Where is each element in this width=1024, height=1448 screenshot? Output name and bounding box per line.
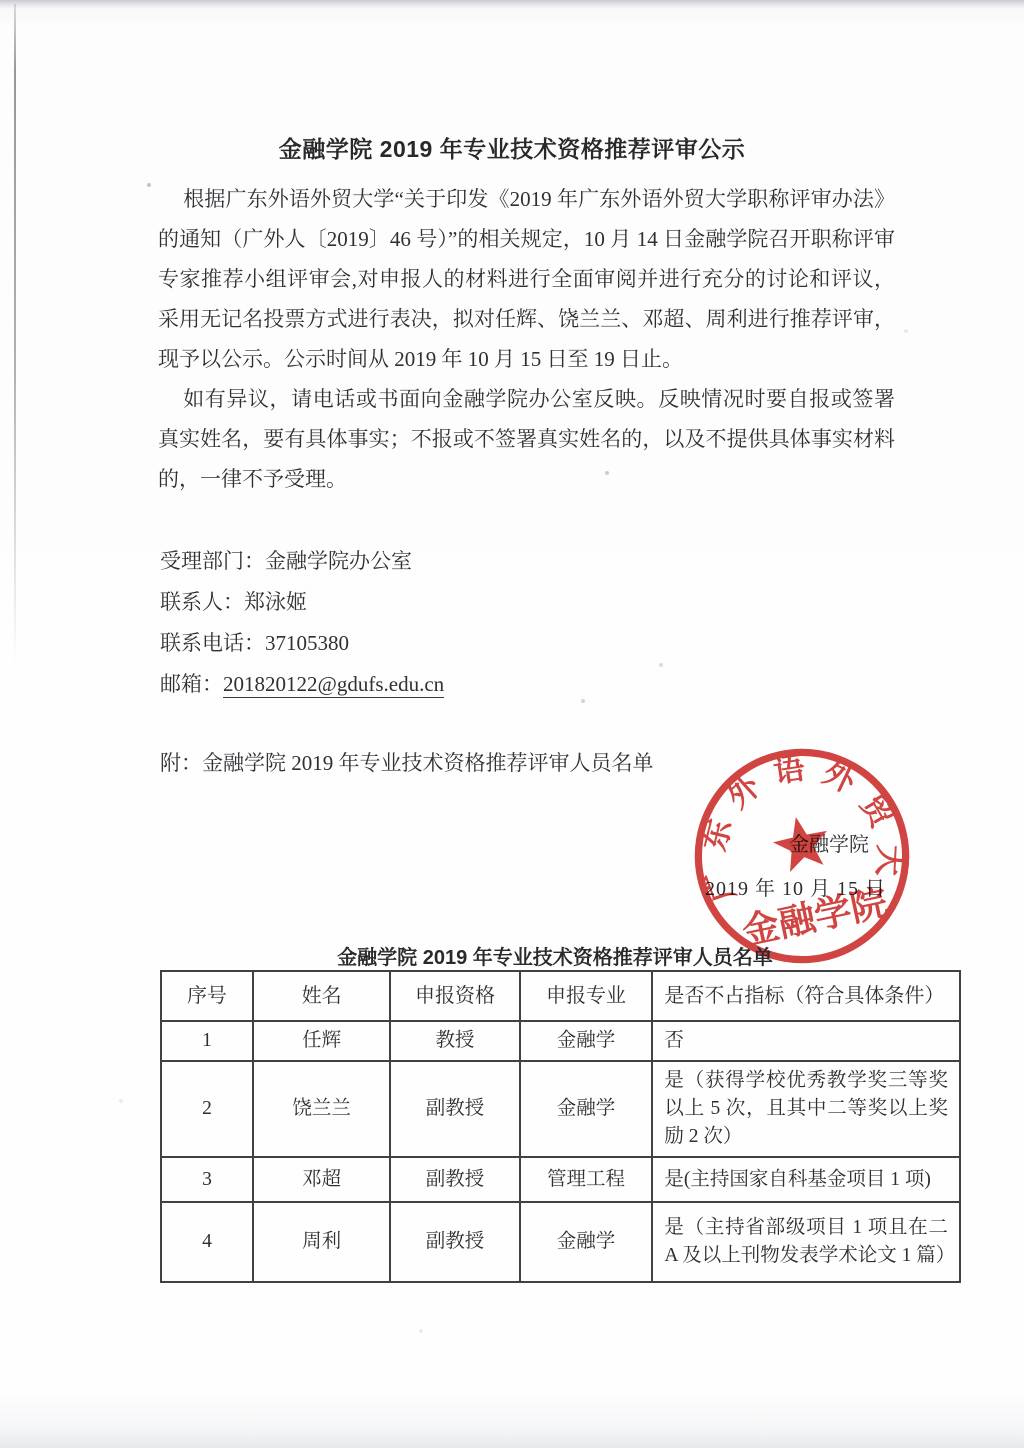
scanned-document-page: 金融学院 2019 年专业技术资格推荐评审公示 根据广东外语外贸大学“关于印发《… <box>0 0 1024 1448</box>
cell-index: 1 <box>161 1021 253 1061</box>
table-row: 4 周利 副教授 金融学 是（主持省部级项目 1 项且在二 A 及以上刊物发表学… <box>161 1202 960 1282</box>
seal-star-icon <box>769 811 834 874</box>
cell-qualification: 教授 <box>390 1021 519 1061</box>
contact-block: 受理部门：金融学院办公室 联系人：郑泳姬 联系电话：37105380 邮箱：20… <box>160 541 444 705</box>
roster-table-title: 金融学院 2019 年专业技术资格推荐评审人员名单 <box>150 941 960 970</box>
cell-quota: 否 <box>652 1021 960 1061</box>
contact-label: 联系电话： <box>160 631 265 655</box>
contact-department: 受理部门：金融学院办公室 <box>160 541 444 582</box>
document-title: 金融学院 2019 年专业技术资格推荐评审公示 <box>0 131 1024 164</box>
table-row: 3 邓超 副教授 管理工程 是(主持国家自科基金项目 1 项) <box>161 1157 960 1202</box>
cell-name: 周利 <box>253 1202 390 1282</box>
cell-major: 金融学 <box>520 1021 653 1061</box>
document-body: 根据广东外语外贸大学“关于印发《2019 年广东外语外贸大学职称评审办法》的通知… <box>158 179 895 499</box>
cell-quota: 是(主持国家自科基金项目 1 项) <box>652 1157 960 1202</box>
col-header-quota: 是否不占指标（符合具体条件） <box>652 971 960 1021</box>
col-header-index: 序号 <box>161 971 253 1021</box>
contact-person: 联系人：郑泳姬 <box>160 582 444 623</box>
scan-edge-left <box>14 4 16 664</box>
scan-edge-top <box>0 0 1024 9</box>
contact-phone: 联系电话：37105380 <box>160 623 444 664</box>
scan-noise <box>0 0 2 2</box>
scan-edge-bottom <box>0 1432 1024 1448</box>
cell-major: 金融学 <box>520 1061 653 1157</box>
contact-value: 37105380 <box>265 631 349 655</box>
cell-quota: 是（主持省部级项目 1 项且在二 A 及以上刊物发表学术论文 1 篇） <box>652 1202 960 1282</box>
contact-label: 受理部门： <box>160 549 265 573</box>
col-header-major: 申报专业 <box>520 971 653 1021</box>
cell-index: 4 <box>161 1202 253 1282</box>
contact-email: 邮箱：201820122@gdufs.edu.cn <box>160 664 444 705</box>
cell-major: 金融学 <box>520 1202 653 1282</box>
cell-qualification: 副教授 <box>390 1202 519 1282</box>
col-header-name: 姓名 <box>253 971 390 1021</box>
table-row: 2 饶兰兰 副教授 金融学 是（获得学校优秀教学奖三等奖以上 5 次，且其中二等… <box>161 1061 960 1157</box>
attachment-note: 附：金融学院 2019 年专业技术资格推荐评审人员名单 <box>160 747 654 777</box>
contact-label: 邮箱： <box>160 672 223 696</box>
paragraph: 如有异议，请电话或书面向金融学院办公室反映。反映情况时要自报或签署真实姓名，要有… <box>158 379 895 499</box>
contact-email-address: 201820122@gdufs.edu.cn <box>223 672 444 698</box>
cell-name: 邓超 <box>253 1157 390 1202</box>
contact-value: 金融学院办公室 <box>265 549 412 573</box>
table-header-row: 序号 姓名 申报资格 申报专业 是否不占指标（符合具体条件） <box>161 971 960 1021</box>
cell-name: 饶兰兰 <box>253 1061 390 1157</box>
contact-value: 郑泳姬 <box>244 590 307 614</box>
cell-quota: 是（获得学校优秀教学奖三等奖以上 5 次，且其中二等奖以上奖励 2 次） <box>652 1061 960 1157</box>
cell-major: 管理工程 <box>520 1157 653 1202</box>
cell-qualification: 副教授 <box>390 1061 519 1157</box>
roster-table: 序号 姓名 申报资格 申报专业 是否不占指标（符合具体条件） 1 任辉 教授 金… <box>160 970 961 1283</box>
cell-index: 3 <box>161 1157 253 1202</box>
cell-index: 2 <box>161 1061 253 1157</box>
cell-name: 任辉 <box>253 1021 390 1061</box>
contact-label: 联系人： <box>160 590 244 614</box>
paragraph: 根据广东外语外贸大学“关于印发《2019 年广东外语外贸大学职称评审办法》的通知… <box>158 179 895 379</box>
cell-qualification: 副教授 <box>390 1157 519 1202</box>
table-row: 1 任辉 教授 金融学 否 <box>161 1021 960 1061</box>
col-header-qualification: 申报资格 <box>390 971 519 1021</box>
